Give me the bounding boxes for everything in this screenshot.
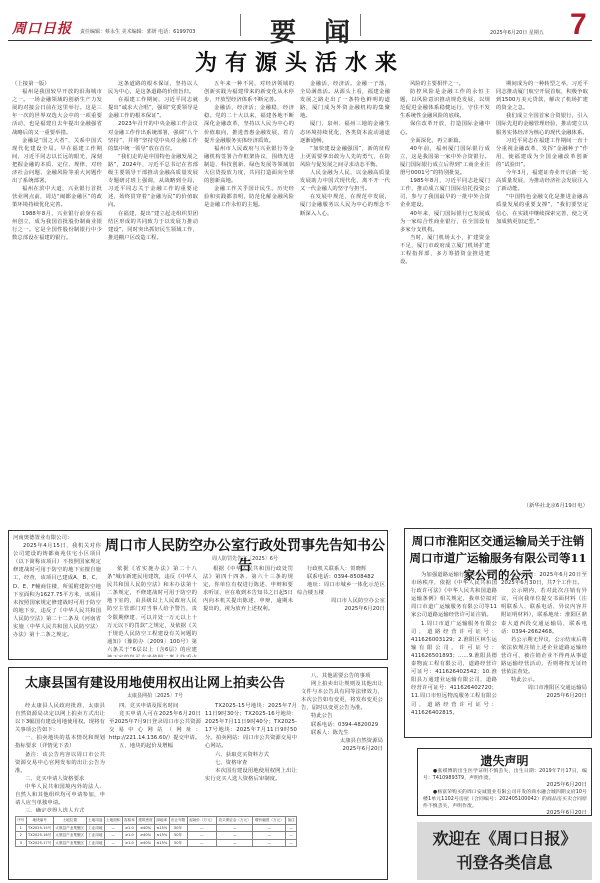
paragraph: 40年前，福州厦门国际银行成立，这是我国第一家中外合资银行。厦门国际银行成立后得…: [400, 145, 490, 177]
table-cell: 50年: [169, 824, 187, 832]
notice-column: 为加强道路运输行业管理，维护市场秩序，依据《中华人民共和国行政许可法》《中华人民…: [411, 571, 497, 735]
table-cell: —: [187, 832, 216, 840]
paragraph: 一、拍卖地块的基本情况和规划指标要求（详情见下表）: [15, 734, 105, 750]
land-parcel-table: 序号 地块编号 土地位置 土地用途 土地面积 容积率 建筑密度 绿地率 出让年限…: [15, 816, 297, 847]
table-row: 3 TX2025-17号 太康县产业集聚区 工业用地 — ≥1.0 ≥40% ≤…: [16, 839, 297, 847]
paragraph: 今年3月，福建证券业开启新一轮高质量发展，为推动经济社会发展注入了新动能。: [496, 169, 588, 193]
contact-person: 联系人：陈先生: [301, 729, 383, 737]
editors-line: 责任编辑：蔡永生 美术编辑：郭妍 电话：6199703: [80, 28, 195, 35]
table-cell: ≤15%: [155, 824, 170, 832]
notice-column: 四、竞买申请及报名时间 竞买申请人可在2025年6月20日至2025年7月9日登…: [109, 702, 201, 812]
paragraph: 三、确定竞得人选人方式: [15, 807, 105, 812]
table-cell: ≥40%: [137, 839, 155, 847]
notice-signature: 周口市淮阳区交通运输局: [501, 684, 587, 692]
paragraph: 四、竞买申请及报名时间: [109, 702, 201, 710]
table-cell: TX2025-17号: [26, 839, 53, 847]
paragraph: 金融工作关乎国计民生。历史经验和实践都表明，防范化解金融风险是金融工作永恒的主题…: [204, 185, 294, 209]
paragraph: 八、其他需要公告的事项: [301, 672, 383, 680]
table-row: 2 TX2025-16号 太康县产业集聚区 工业用地 — ≥1.0 ≥40% ≤…: [16, 832, 297, 840]
column-header: 绿地率: [155, 817, 170, 825]
table-cell: ≤15%: [155, 839, 170, 847]
paragraph: 公示期内，若对此次注销有异议，可向我单位提交书面材料（注明联系人、联系电话、异议…: [501, 587, 587, 636]
paragraph: 金融活，经济活；金融稳，经济稳。党的二十大以来，福建各地不断深化金融改革，坚持以…: [204, 104, 294, 144]
paragraph: 风险的主要相伴之一。: [400, 80, 490, 88]
paragraph: 习近平同志在福建工作期间一直十分重视金融改革，发挥“金融种子”作用，使福建成为全…: [496, 137, 588, 169]
notice-column: 经太康县人民政府批准，太康县自然资源局决定以网上拍卖方式出让以下3幅国有建设用地…: [15, 702, 105, 812]
table-cell: —: [216, 832, 253, 840]
paragraph: 我们成立全国首家合资银行，引入国际先进的金融管理经验，推动建立以服务实体经济为核…: [496, 112, 588, 136]
table-cell: TX2025-16号: [26, 832, 53, 840]
paragraph: 福州是我国较早开放的沿海城市之一。一场金融领域的创新生产力发展的对接会日前在这里…: [12, 88, 102, 137]
section-title: 要闻: [270, 12, 378, 49]
notice-civil-defense: 河南奥德置业有限公司： 2025年4月15日，我机关对你公司建设的铸都商苑住宅小…: [8, 530, 388, 660]
table-cell: —: [216, 824, 253, 832]
paragraph: 备注：该公告内容以周口市公共资源交易中心官网发布的出让公告为准。: [15, 751, 105, 775]
paragraph: 在福建工作期间，习近平同志就提出“诚求大合唱”，强调“党委领导是金融工作的根本保…: [108, 96, 198, 120]
table-cell: 工业用地: [86, 839, 104, 847]
advertising-banner: 欢迎在《周口日报》 刊登各类信息: [417, 822, 592, 880]
paragraph: 五年来一种不同，对经济领域的创新实践为福建带来的新变化从未停步，开放型经济体系不…: [204, 80, 294, 104]
column-header: 起始价（万元）: [187, 817, 216, 825]
article-column-5: 风险的主要相伴之一。 防控风险是金融工作的永恒主题，以风险意识推动规范发展，以规…: [400, 80, 490, 510]
paragraph: 经太康县人民政府批准，太康县自然资源局决定以网上拍卖方式出让以下3幅国有建设用地…: [15, 702, 105, 734]
masthead-rule: [8, 40, 592, 41]
lost-item: ●张祺博的出生医学证明不慎丢失，出生日期：2019年7月17日，编号：T4109…: [423, 768, 587, 782]
column-header: 容积率: [122, 817, 136, 825]
paragraph: “我们走的是中国特色金融发展之路”，2024年，习近平总书记在省部级主要领导干部…: [108, 153, 198, 210]
contact-phone: 联系电话：0394-4820029: [301, 721, 383, 729]
paragraph: 保住改革开放，打造国际金融中心。: [400, 120, 490, 136]
table-cell: —: [253, 832, 286, 840]
lost-item-date: 2025年6月20日: [423, 810, 587, 814]
notice-signature: 周口市人民防空办公室: [297, 597, 385, 605]
paragraph: 福州市人民政府与兴业银行等金融机构签署合作框架协议，围绕先进制造、科技创新、绿色…: [204, 145, 294, 185]
table-cell: ≥1.0: [122, 839, 136, 847]
notice-date: 2025年6月20日: [297, 605, 385, 613]
lost-item: ●杨富荣购买的周口安诚置业有限公司开发的商水融合城四期文府10号楼1单元1102…: [423, 789, 587, 810]
table-cell: 1: [16, 824, 27, 832]
column-header: 地块编号: [26, 817, 53, 825]
paragraph: 2023年召开的中央金融工作会议对金融工作作出系统部署，强调“八个坚持”，并将“…: [108, 120, 198, 152]
paragraph: 40年来，厦门国际银行已发展成为一家综合性商业银行，在全国设有多家分支机构。: [400, 210, 490, 234]
notice-column: 八、其他需要公告的事项 网上拍卖出让规则及其他出让文件与本公告具有同等法律效力，…: [301, 672, 383, 876]
paragraph: 六、获取竞买资料方式: [205, 751, 297, 759]
continued-from: （上接第一版）: [12, 80, 102, 88]
banner-line-1: 欢迎在《周口日报》: [417, 827, 592, 851]
paragraph: 2025年4月15日，我机关对你公司建设的铸都商苑住宅小区项目（以下简称该项目）…: [13, 542, 101, 639]
notice-column: 行政机关联系人：贺晓辉 联系电话：0394-8508482 地址：周口市城乡一体…: [297, 565, 385, 657]
table-cell: ≥40%: [137, 832, 155, 840]
table-cell: —: [216, 839, 253, 847]
table-cell: —: [253, 824, 286, 832]
banner-line-2: 刊登各类信息: [417, 851, 592, 875]
notice-lost-statement: 遗失声明 ●张祺博的出生医学证明不慎丢失，出生日期：2019年7月17日，编号：…: [417, 748, 592, 816]
notice-title: 太康县国有建设用地使用权出让网上拍卖公告: [13, 672, 297, 691]
table-cell: —: [253, 839, 286, 847]
table-cell: —: [104, 839, 122, 847]
paragraph: 公示时间：2025年6月20日至2025年6月30日，共7个工作日。: [501, 571, 587, 587]
page-number: 7: [570, 8, 587, 42]
contact-phone: 联系电话：0394-8508482: [297, 573, 385, 581]
notice-doc-number: 太康县网拍〔2025〕7号: [13, 692, 297, 699]
table-cell: 3: [16, 839, 27, 847]
divider: [240, 14, 241, 36]
table-cell: ≥1.0: [122, 824, 136, 832]
newspaper-logo: 周口日报: [12, 18, 72, 38]
table-cell: —: [286, 824, 297, 832]
paragraph: TX2025-15号地块：2025年7月11日9时30分；TX2025-16号地…: [205, 702, 297, 751]
lead-headline: 为有源头活水来: [0, 46, 600, 77]
column-header: 土地面积: [104, 817, 122, 825]
paragraph: 为加强道路运输行业管理，维护市场秩序，依据《中华人民共和国行政许可法》《中华人民…: [411, 571, 497, 620]
notice-doc-number: 周人防罚先告字〔2025〕6号: [105, 555, 385, 562]
table-cell: 工业用地: [86, 832, 104, 840]
paragraph: 二、竞买申请人资格要求: [15, 775, 105, 783]
table-cell: 50年: [169, 839, 187, 847]
column-header: 土地位置: [53, 817, 86, 825]
table-cell: 太康县产业集聚区: [53, 839, 86, 847]
table-cell: —: [187, 824, 216, 832]
paragraph: 当时，厦门机场太小，扩建资金不足，厦门市政府成立厦门机场扩建工程指挥部，多方筹措…: [400, 234, 490, 266]
table-cell: ≥40%: [137, 824, 155, 832]
paragraph: 防控风险是金融工作的永恒主题，以风险意识推动规范发展，以规范促进金融体系稳健运行…: [400, 88, 490, 120]
table-cell: 太康县产业集聚区: [53, 832, 86, 840]
notice-column: 公示时间：2025年6月20日至2025年6月30日，共7个工作日。 公示期内，…: [501, 571, 587, 735]
paragraph: 五、地块的起价及增幅: [109, 742, 201, 750]
table-cell: 工业用地: [86, 824, 104, 832]
masthead: 周口日报 责任编辑：蔡永生 美术编辑：郭妍 电话：6199703 要闻 2025…: [8, 8, 592, 40]
article-column-2: 这条道路的根本保证，坚持以人民为中心，是这条道路的价值旨归。 在福建工作期间，习…: [108, 80, 198, 500]
notice-date: 2025年6月20日: [501, 692, 587, 700]
table-cell: ≤15%: [155, 832, 170, 840]
column-header: 竞买保证金（万元）: [216, 817, 253, 825]
column-header: 备注: [286, 817, 297, 825]
table-cell: —: [286, 839, 297, 847]
paragraph: 人民金融为人民，以金融高质量发展助力中国式现代化，离不开一代又一代金融人的坚守与…: [300, 169, 390, 193]
paragraph: 若公示期无异议，公示结束后将依法依规注销上述企业道路运输经营许可，被注销企业不得…: [501, 636, 587, 676]
table-cell: 太康县产业集聚区: [53, 824, 86, 832]
paragraph: 竞买申请人可在2025年6月20日至2025年7月9日登录周口市公共资源交易中心…: [109, 710, 201, 742]
paragraph: 网上拍卖出让规则及其他出让文件与本公告具有同等法律效力，本次公告如有变更，将发布…: [301, 680, 383, 712]
notice-closing: 特此公示。: [501, 676, 587, 684]
contact-address: 地址：周口市城乡一体化示范区综合楼五楼: [297, 581, 385, 597]
column-header: 增价幅度（万元）: [253, 817, 286, 825]
paragraph: 金融活，经济活。金融一子落，全局满盘活。从源头上看，福建金融发展之路走出了一条特…: [300, 80, 390, 120]
article-column-6: 期间成为的一种转型之举，习近平同志推动厦门航空开展首航，积极争取到1500万美元…: [496, 80, 588, 500]
notice-transport-bureau: 周口市淮阳区交通运输局关于注销周口市道广运输服务有限公司等11家公司的公示 为加…: [404, 528, 592, 738]
notice-title: 遗失声明: [418, 752, 591, 769]
table-cell: ≥1.0: [122, 832, 136, 840]
table-cell: 2: [16, 832, 27, 840]
article-byline: （新华社北京6月19日电）: [496, 502, 588, 512]
paragraph: 依据《省实施办法》第二十八条“城市新建民用建筑，违反《中华人民共和国人民防空法》…: [107, 565, 197, 657]
notice-closing: 特此公告: [301, 712, 383, 720]
article-column-3: 五年来一种不同，对经济领域的创新实践为福建带来的新变化从未停步，开放型经济体系不…: [204, 80, 294, 500]
article-column-1: （上接第一版） 福州是我国较早开放的沿海城市之一。一场金融领域的创新生产力发展的…: [12, 80, 102, 500]
paragraph: 厦门、泉州、福州三地的金融生态环境持续优化，各类资本流动通道逐渐通畅。: [300, 120, 390, 144]
paragraph: “加快建设金融强国”，新的征程上更需要拿出敢为人先的勇气，在防风险与促发展之间寻…: [300, 145, 390, 169]
lost-item-date: 2025年6月20日: [423, 782, 587, 789]
column-header: 出让年限: [169, 817, 187, 825]
table-cell: —: [187, 839, 216, 847]
notice-recipient: 河南奥德置业有限公司：: [13, 534, 101, 542]
notice-taikang-auction: 太康县国有建设用地使用权出让网上拍卖公告 太康县网拍〔2025〕7号 经太康县人…: [8, 667, 388, 880]
table-cell: TX2025-15号: [26, 824, 53, 832]
paragraph: 在发展中规范，在规范中发展，厦门金融服务以人民为中心的理念不断深入人心。: [300, 193, 390, 217]
paragraph: “中国特色金融文化是推进金融高质量发展的重要支撑”，“我们要坚定信心，在实践中继…: [496, 193, 588, 225]
notice-column: 河南奥德置业有限公司： 2025年4月15日，我机关对你公司建设的铸都商苑住宅小…: [13, 534, 101, 658]
paragraph: 期间成为的一种转型之举，习近平同志推动厦门航空开展首航，积极争取到1500万美元…: [496, 80, 588, 112]
paragraph: 福州在滨中大道，兴业银行首批营业网点前，周边“闽都金融区”的政策环境持续优化完善…: [12, 185, 102, 209]
paragraph: 在福建，提出“建立起走组织里团结区形成的共同致力于以发展力推动建设”，同时突出抓…: [108, 210, 198, 242]
paragraph: 本次国有建设用地使用权网上出让实行竞买人选人资格后审制度。: [205, 767, 297, 783]
article-column-4: 金融活，经济活。金融一子落，全局满盘活。从源头上看，福建金融发展之路走出了一条特…: [300, 80, 390, 500]
table-cell: —: [104, 832, 122, 840]
issue-date: 2025年6月20日 星期五: [490, 29, 544, 36]
paragraph: 七、资格审查: [205, 759, 297, 767]
column-header: 建筑密度: [137, 817, 155, 825]
contact-person: 行政机关联系人：贺晓辉: [297, 565, 385, 573]
paragraph: 全面深化，再立新篇。: [400, 137, 490, 145]
column-header: 土地用途: [86, 817, 104, 825]
notice-column: 根据《中华人民共和国行政处罚法》第四十四条、第六十三条的规定，你单位有权进行陈述…: [203, 565, 293, 657]
paragraph: 1985年8月，习近平同志赴厦门工作，推动成立厦门国际信托投资公司，参与了我国最…: [400, 177, 490, 209]
paragraph: 1988年8月，兴业银行前身在福州创立，成为我国首批股份制商业银行之一。它是全国…: [12, 210, 102, 242]
table-row: 1 TX2025-15号 太康县产业集聚区 工业用地 — ≥1.0 ≥40% ≤…: [16, 824, 297, 832]
paragraph: 1.周口市道广运输服务有限公司，道路经营许可证号：411626003129；2.…: [411, 620, 497, 717]
notice-column: TX2025-15号地块：2025年7月11日9时30分；TX2025-16号地…: [205, 702, 297, 812]
column-header: 序号: [16, 817, 27, 825]
notice-signature: 太康县自然资源局: [301, 737, 383, 745]
notice-date: 2025年6月20日: [301, 745, 383, 753]
paragraph: 根据《中华人民共和国行政处罚法》第四十四条、第六十三条的规定，你单位有权进行陈述…: [203, 565, 293, 614]
notice-column: 依据《省实施办法》第二十八条“城市新建民用建筑，违反《中华人民共和国人民防空法》…: [107, 565, 197, 657]
table-cell: —: [286, 832, 297, 840]
table-header-row: 序号 地块编号 土地位置 土地用途 土地面积 容积率 建筑密度 绿地率 出让年限…: [16, 817, 297, 825]
lost-items: ●张祺博的出生医学证明不慎丢失，出生日期：2019年7月17日，编号：T4109…: [423, 768, 587, 814]
table-cell: 50年: [169, 832, 187, 840]
paragraph: 金融是“国之大者”，关系中国式现代化建设全局。早在福建工作期间，习近平同志以长远…: [12, 137, 102, 186]
divider: [360, 14, 361, 36]
paragraph: 中华人民共和国境内外的法人、自然人和其他组织均可申请参加，申请人应当单独申请。: [15, 783, 105, 807]
paragraph: 这条道路的根本保证，坚持以人民为中心，是这条道路的价值旨归。: [108, 80, 198, 96]
table-cell: —: [104, 824, 122, 832]
